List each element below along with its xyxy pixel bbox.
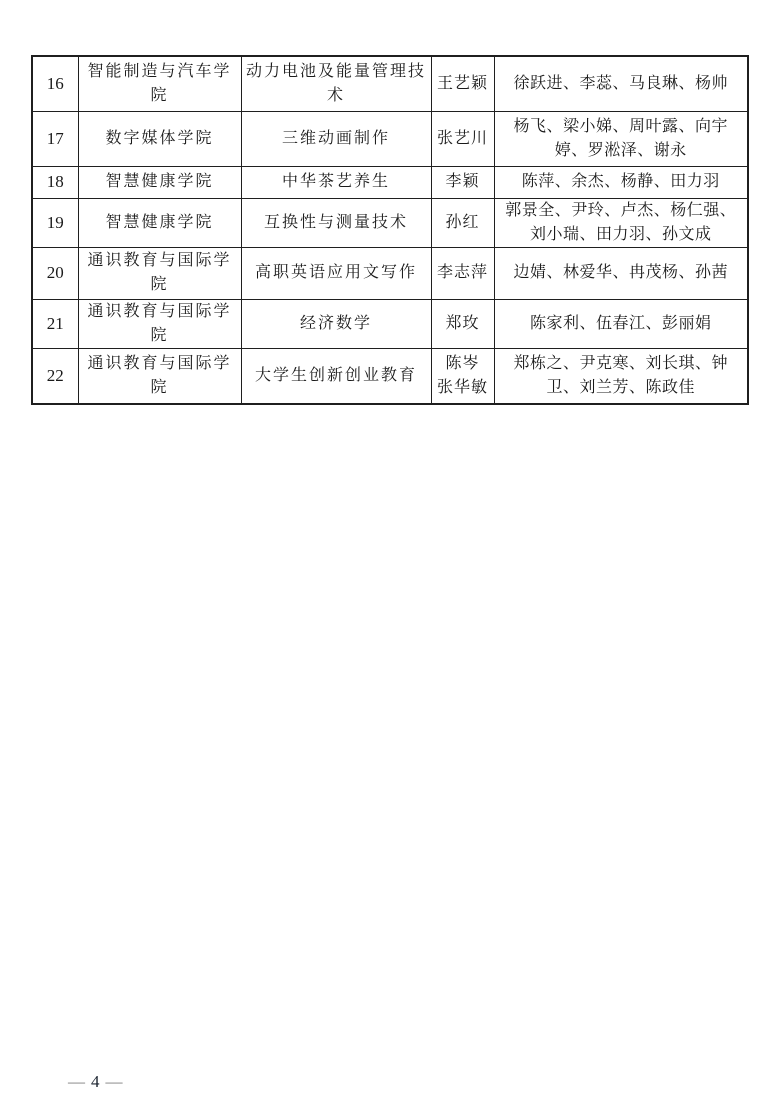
cell-teacher: 陈岑 张华敏 [431, 348, 494, 404]
table-row: 20 通识教育与国际学院 高职英语应用文写作 李志萍 边婧、林爱华、冉茂杨、孙茜 [32, 247, 748, 299]
course-team-table: 16 智能制造与汽车学院 动力电池及能量管理技术 王艺颖 徐跃进、李蕊、马良琳、… [31, 55, 749, 405]
cell-index: 16 [32, 56, 78, 111]
page-number-value: 4 [91, 1072, 100, 1091]
cell-course: 高职英语应用文写作 [241, 247, 431, 299]
document-page: 16 智能制造与汽车学院 动力电池及能量管理技术 王艺颖 徐跃进、李蕊、马良琳、… [0, 0, 773, 1106]
cell-index: 20 [32, 247, 78, 299]
cell-college: 智慧健康学院 [78, 198, 241, 247]
cell-index: 17 [32, 111, 78, 166]
cell-teacher: 王艺颖 [431, 56, 494, 111]
cell-members: 郑栋之、尹克寒、刘长琪、钟卫、刘兰芳、陈政佳 [494, 348, 748, 404]
cell-teacher: 李志萍 [431, 247, 494, 299]
cell-members: 郭景全、尹玲、卢杰、杨仁强、刘小瑞、田力羽、孙文成 [494, 198, 748, 247]
cell-course: 三维动画制作 [241, 111, 431, 166]
cell-members: 边婧、林爱华、冉茂杨、孙茜 [494, 247, 748, 299]
cell-members: 陈萍、余杰、杨静、田力羽 [494, 166, 748, 198]
cell-index: 18 [32, 166, 78, 198]
cell-college: 智能制造与汽车学院 [78, 56, 241, 111]
table-row: 16 智能制造与汽车学院 动力电池及能量管理技术 王艺颖 徐跃进、李蕊、马良琳、… [32, 56, 748, 111]
cell-college: 数字媒体学院 [78, 111, 241, 166]
cell-index: 19 [32, 198, 78, 247]
cell-members: 徐跃进、李蕊、马良琳、杨帅 [494, 56, 748, 111]
cell-teacher: 孙红 [431, 198, 494, 247]
cell-college: 通识教育与国际学院 [78, 299, 241, 348]
cell-teacher: 张艺川 [431, 111, 494, 166]
cell-course: 经济数学 [241, 299, 431, 348]
cell-index: 21 [32, 299, 78, 348]
cell-course: 动力电池及能量管理技术 [241, 56, 431, 111]
cell-course: 中华茶艺养生 [241, 166, 431, 198]
cell-teacher: 郑玫 [431, 299, 494, 348]
cell-teacher: 李颖 [431, 166, 494, 198]
table-row: 18 智慧健康学院 中华茶艺养生 李颖 陈萍、余杰、杨静、田力羽 [32, 166, 748, 198]
page-number: —4— [62, 1072, 129, 1092]
table-row: 22 通识教育与国际学院 大学生创新创业教育 陈岑 张华敏 郑栋之、尹克寒、刘长… [32, 348, 748, 404]
table-row: 19 智慧健康学院 互换性与测量技术 孙红 郭景全、尹玲、卢杰、杨仁强、刘小瑞、… [32, 198, 748, 247]
cell-college: 智慧健康学院 [78, 166, 241, 198]
page-number-left-dash: — [62, 1072, 91, 1091]
cell-course: 大学生创新创业教育 [241, 348, 431, 404]
cell-college: 通识教育与国际学院 [78, 348, 241, 404]
cell-members: 陈家利、伍春江、彭丽娟 [494, 299, 748, 348]
page-number-right-dash: — [100, 1072, 129, 1091]
cell-index: 22 [32, 348, 78, 404]
table-row: 21 通识教育与国际学院 经济数学 郑玫 陈家利、伍春江、彭丽娟 [32, 299, 748, 348]
table-row: 17 数字媒体学院 三维动画制作 张艺川 杨飞、梁小娣、周叶露、向宇婷、罗淞泽、… [32, 111, 748, 166]
cell-college: 通识教育与国际学院 [78, 247, 241, 299]
cell-members: 杨飞、梁小娣、周叶露、向宇婷、罗淞泽、谢永 [494, 111, 748, 166]
cell-course: 互换性与测量技术 [241, 198, 431, 247]
